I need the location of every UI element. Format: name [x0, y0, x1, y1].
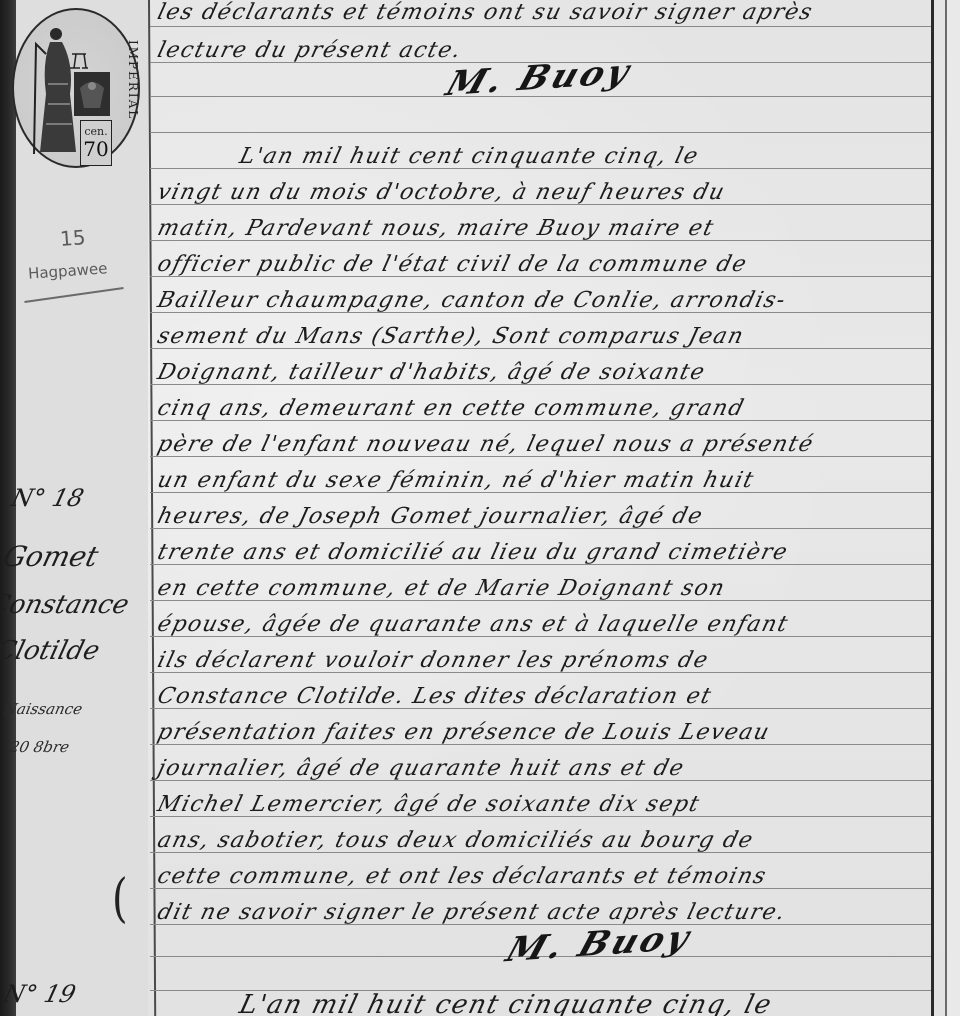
register-page: cen. 70 IMPERIAL 15 Hagpawee N° 18 Gomet…	[0, 0, 960, 1016]
body-line: matin, Pardevant nous, maire Buoy maire …	[155, 216, 717, 241]
body-line: trente ans et domicilié au lieu du grand…	[155, 540, 791, 565]
eagle-crest-icon	[72, 68, 112, 118]
margin-bracket: (	[112, 869, 128, 929]
stamp-label: IMPERIAL	[110, 40, 140, 160]
margin-rule-line	[148, 0, 156, 1016]
stamp-denomination: cen. 70	[80, 120, 112, 166]
header-line: lecture du présent acte.	[155, 38, 465, 63]
body-line: cinq ans, demeurant en cette commune, gr…	[155, 396, 748, 421]
body-line: Michel Lemercier, âgé de soixante dix se…	[155, 792, 703, 817]
body-line: journalier, âgé de quarante huit ans et …	[155, 756, 688, 781]
rule-line	[150, 26, 931, 27]
body-line: ans, sabotier, tous deux domiciliés au b…	[155, 828, 757, 853]
next-entry-first-line: L'an mil huit cent cinquante cinq, le	[236, 990, 775, 1016]
body-line: heures, de Joseph Gomet journalier, âgé …	[155, 504, 706, 529]
body-line: en cette commune, et de Marie Doignant s…	[155, 576, 728, 601]
header-line: les déclarants et témoins ont su savoir …	[155, 0, 816, 25]
stamp-denomination-value: 70	[83, 138, 108, 160]
right-border-line-inner	[931, 0, 934, 1016]
body-line: ils déclarent vouloir donner les prénoms…	[155, 648, 712, 673]
body-line: père de l'enfant nouveau né, lequel nous…	[155, 432, 817, 457]
rule-line	[150, 132, 931, 133]
body-line: Doignant, tailleur d'habits, âgé de soix…	[155, 360, 708, 385]
margin-note-naissance: Naissance	[2, 700, 84, 718]
entry-number: N° 18	[9, 484, 87, 512]
body-line: Constance Clotilde. Les dites déclaratio…	[155, 684, 715, 709]
margin-note-date: 20 8bre	[8, 738, 71, 756]
body-line: un enfant du sexe féminin, né d'hier mat…	[155, 468, 757, 493]
body-line: sement du Mans (Sarthe), Sont comparus J…	[155, 324, 747, 349]
body-line: Bailleur chaumpagne, canton de Conlie, a…	[155, 288, 789, 313]
body-line: L'an mil huit cent cinquante cinq, le	[237, 144, 702, 169]
body-line: présentation faites en présence de Louis…	[155, 720, 773, 745]
right-border-line-outer	[945, 0, 947, 1016]
pencil-number: 15	[59, 225, 86, 251]
imperial-tax-stamp: cen. 70 IMPERIAL	[12, 8, 140, 168]
margin-given-name-1: Constance	[0, 590, 132, 620]
mayor-signature-bottom: M. Buoy	[501, 918, 697, 970]
right-edge-strip	[947, 0, 960, 1016]
next-entry-number: N° 19	[1, 980, 79, 1008]
margin-given-name-2: Clotilde	[0, 636, 103, 666]
body-line: vingt un du mois d'octobre, à neuf heure…	[155, 180, 728, 205]
margin-surname: Gomet	[0, 540, 102, 573]
body-line: cette commune, et ont les déclarants et …	[155, 864, 770, 889]
body-line: épouse, âgée de quarante ans et à laquel…	[155, 612, 791, 637]
body-line: officier public de l'état civil de la co…	[155, 252, 750, 277]
